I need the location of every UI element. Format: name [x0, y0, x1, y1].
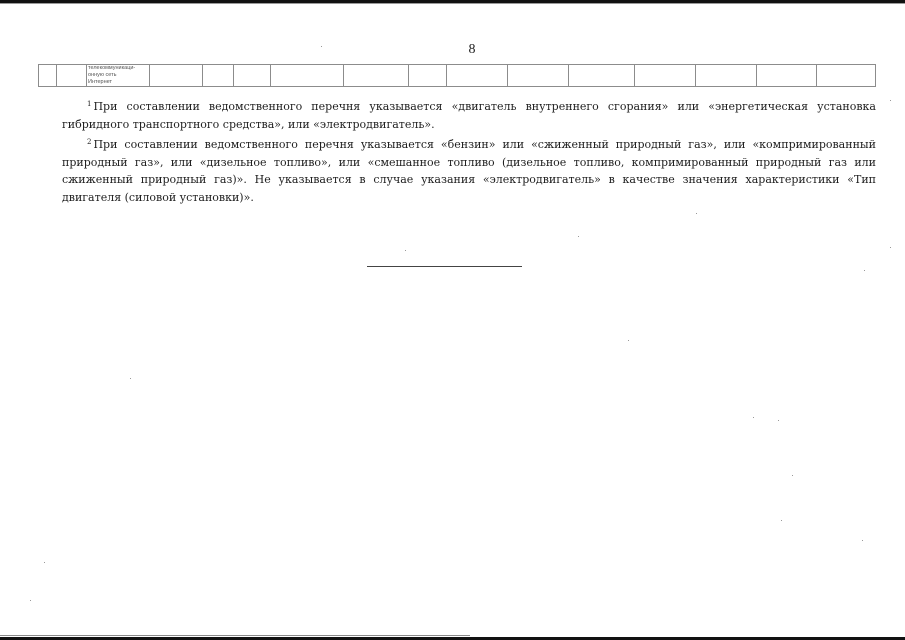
footnote-1: 1При составлении ведомственного перечня …: [62, 98, 876, 133]
scan-speck: [321, 46, 322, 47]
table-cell: [447, 65, 508, 87]
table-cell: [39, 65, 57, 87]
table-cell: [57, 65, 87, 87]
scan-speck: [778, 420, 779, 421]
table-cell: [271, 65, 344, 87]
table-cell: [696, 65, 757, 87]
scan-speck: [890, 100, 891, 101]
scan-edge-top: [0, 0, 905, 3]
table-cell: [817, 65, 876, 87]
page-number: 8: [462, 42, 482, 58]
scan-speck: [890, 247, 891, 248]
scan-speck: [781, 520, 782, 521]
table-cell: [635, 65, 696, 87]
scan-speck: [753, 417, 754, 418]
scan-speck: [864, 270, 865, 271]
table-cell: [234, 65, 271, 87]
scan-speck: [44, 562, 45, 563]
table-cell: [409, 65, 447, 87]
scan-speck: [792, 475, 793, 476]
table-cell: [757, 65, 817, 87]
closing-separator-line: [367, 266, 522, 267]
scan-speck: [862, 540, 863, 541]
table-fragment: телекоммуникаци- онную сеть Интернет: [38, 64, 876, 87]
scan-speck: [628, 340, 629, 341]
scan-speck: [405, 250, 406, 251]
footnote-marker: 2: [87, 138, 91, 146]
table-cell: [569, 65, 635, 87]
table-cell: [150, 65, 203, 87]
scan-speck: [578, 236, 579, 237]
footnote-marker: 1: [87, 100, 91, 108]
scan-speck: [30, 600, 31, 601]
footnote-text: При составлении ведомственного перечня у…: [62, 100, 876, 131]
table-cell: [508, 65, 569, 87]
footnote-2: 2При составлении ведомственного перечня …: [62, 136, 876, 206]
table-cell: [344, 65, 409, 87]
table-row: телекоммуникаци- онную сеть Интернет: [39, 65, 876, 87]
table-cell-description: телекоммуникаци- онную сеть Интернет: [87, 65, 150, 87]
table-cell: [203, 65, 234, 87]
footnote-text: При составлении ведомственного перечня у…: [62, 138, 876, 204]
scan-speck: [130, 378, 131, 379]
scan-speck: [696, 213, 697, 214]
